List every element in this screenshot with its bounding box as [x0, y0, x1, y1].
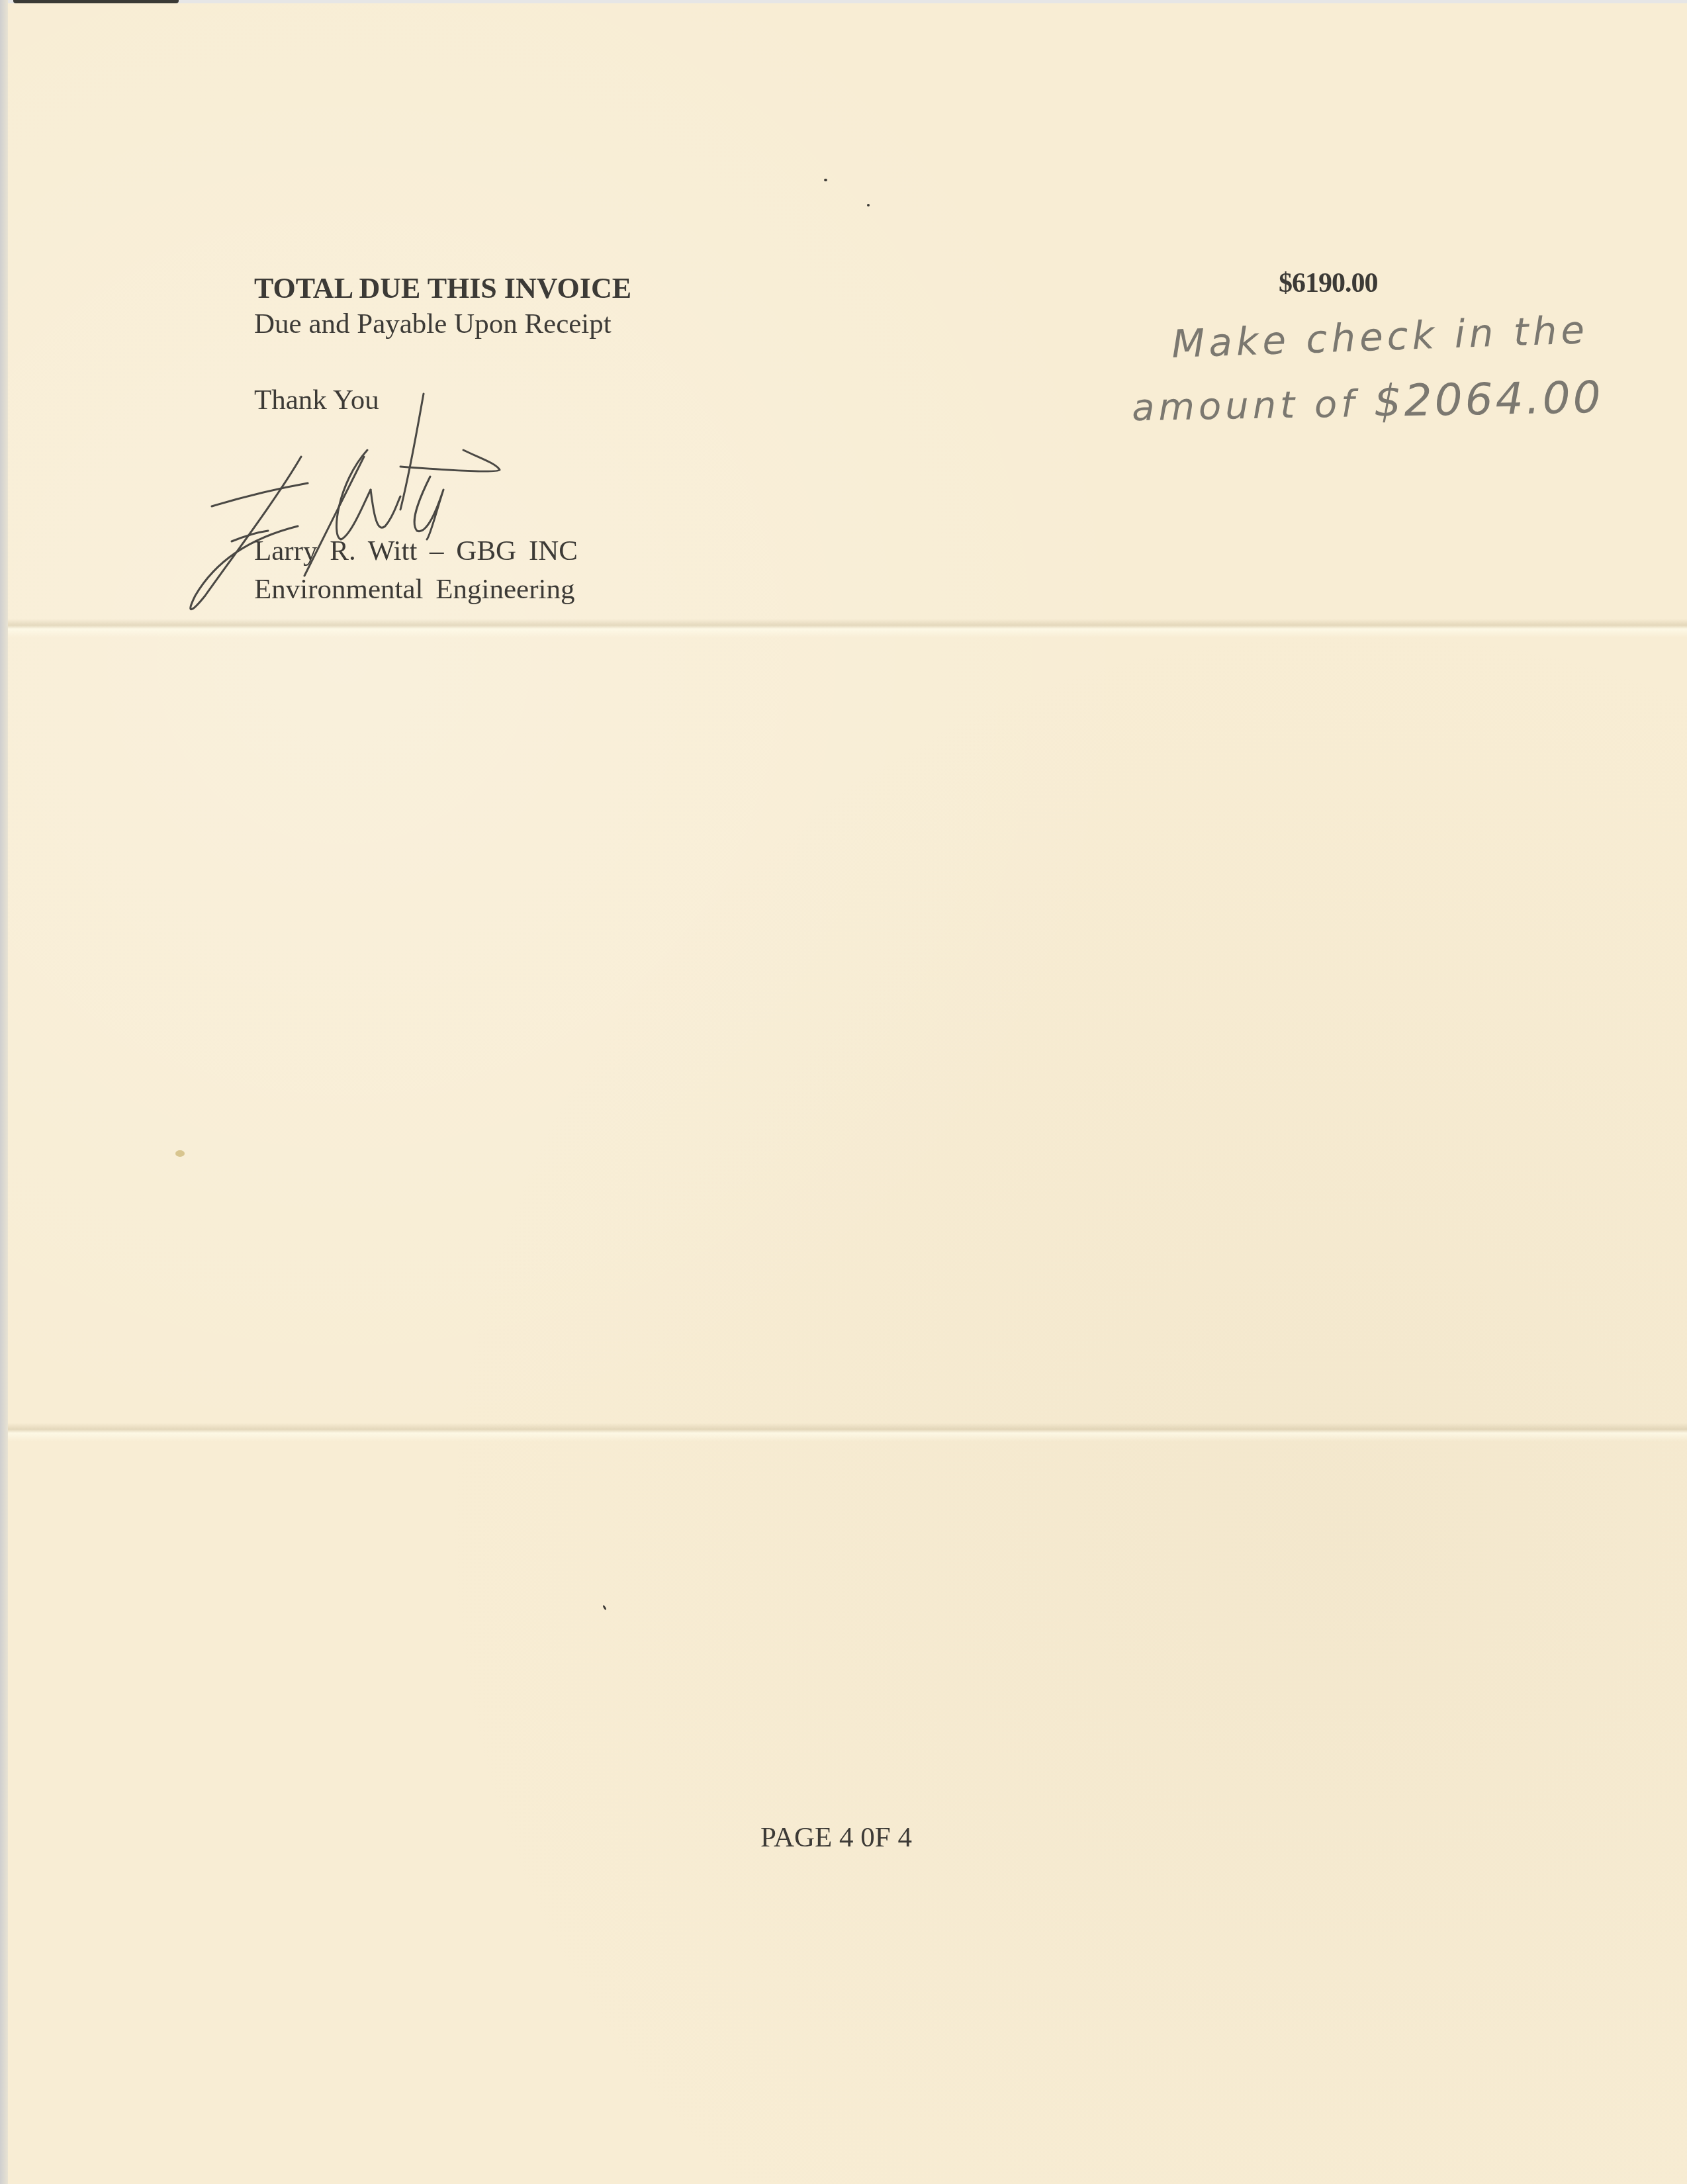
handwritten-note-prefix: amount of	[1132, 383, 1359, 430]
scan-edge-left	[0, 0, 8, 2184]
total-due-label: TOTAL DUE THIS INVOICE	[254, 271, 631, 305]
handwritten-check-amount: $2064.00	[1373, 372, 1604, 427]
total-amount: $6190.00	[1279, 267, 1378, 299]
paper-fold-crease	[8, 1423, 1687, 1441]
signer-name: Larry R. Witt – GBG INC	[254, 535, 578, 567]
paper-stain	[175, 1150, 185, 1157]
payment-terms: Due and Payable Upon Receipt	[254, 308, 612, 340]
signer-department: Environmental Engineering	[254, 573, 574, 606]
handwritten-note-line-2: amount of $2064.00	[1131, 372, 1604, 431]
page-number: PAGE 4 0F 4	[760, 1821, 912, 1854]
ink-speck	[867, 204, 870, 206]
ink-speck	[824, 179, 827, 181]
